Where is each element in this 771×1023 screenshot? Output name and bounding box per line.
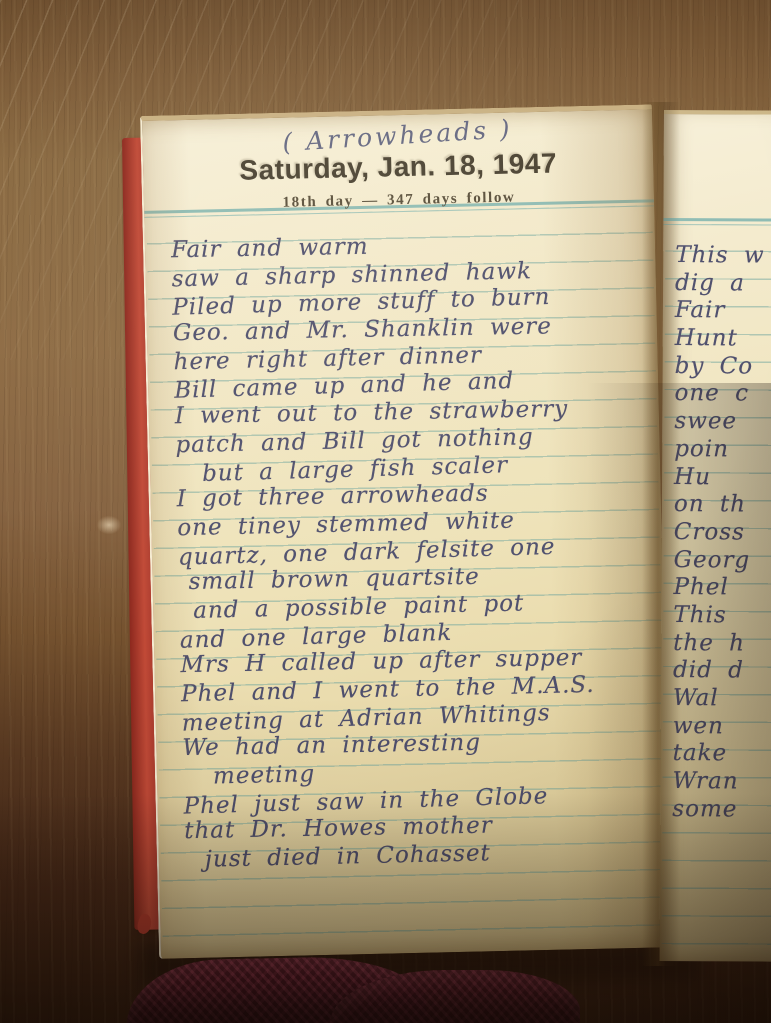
handwriting-line: Hunt — [675, 325, 771, 354]
wood-worn-spot — [92, 512, 126, 538]
shadow-bottom — [0, 793, 771, 1023]
handwriting-line: Fair — [675, 297, 771, 326]
diary-photo: ( Arrowheads ) Saturday, Jan. 18, 1947 1… — [0, 0, 771, 1023]
handwriting-line: by Co — [675, 353, 771, 382]
handwriting-line: dig a — [675, 270, 771, 299]
handwriting-line: This w — [675, 242, 771, 271]
